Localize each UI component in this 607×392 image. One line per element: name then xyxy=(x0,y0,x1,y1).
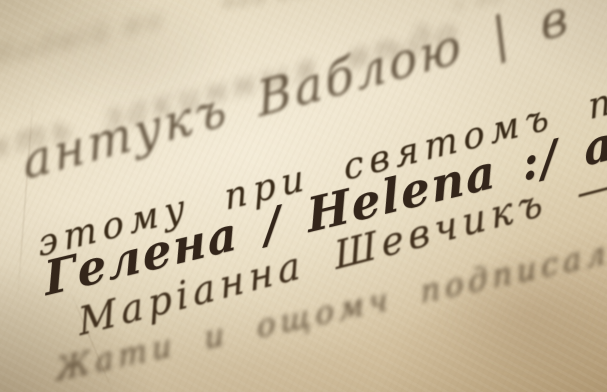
manuscript-photo: най вій с вй Надвій ви нть закинныя вѣдо… xyxy=(0,0,607,392)
line-blurred-upper-left: Надвій ви xyxy=(0,0,168,73)
line-top-fragment: най вій xyxy=(222,0,318,14)
